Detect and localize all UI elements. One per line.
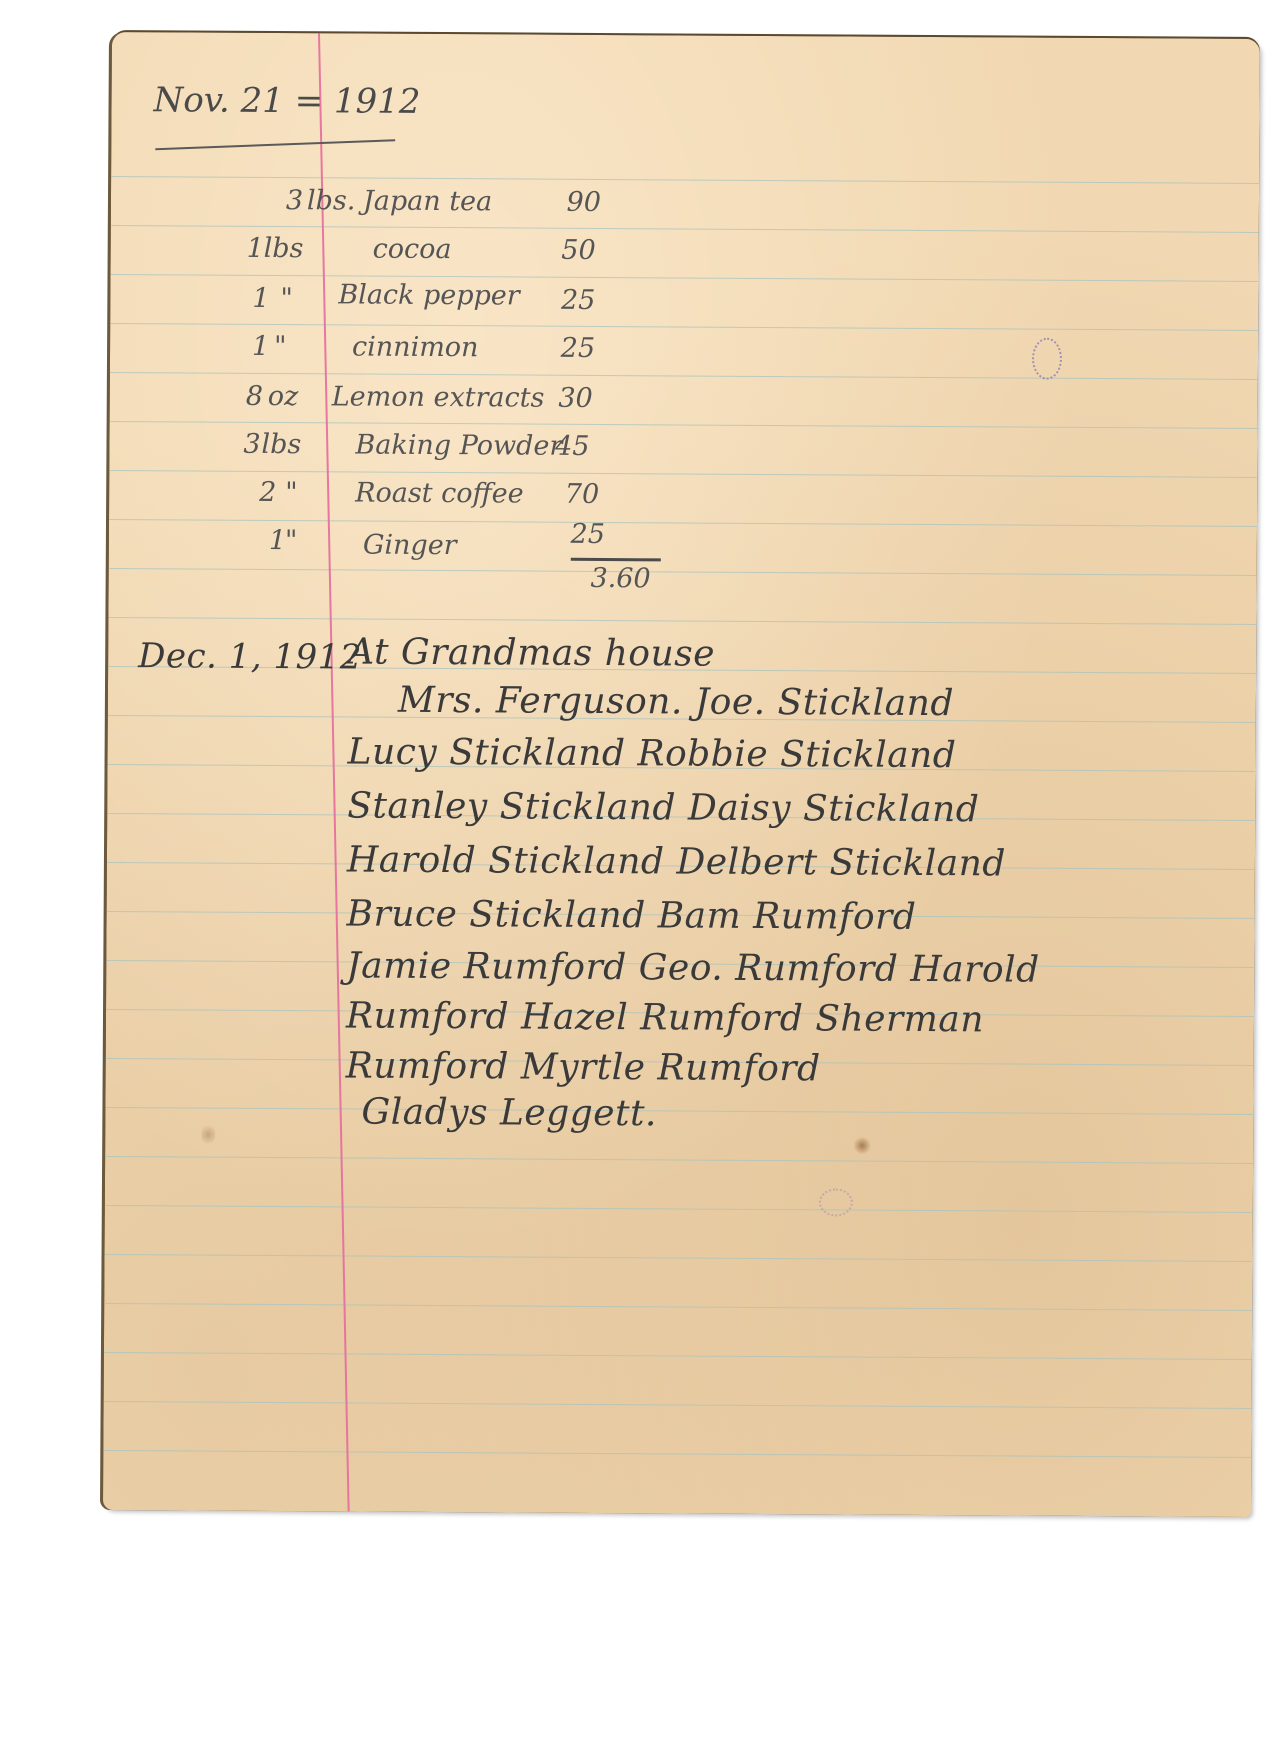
item-qty: 8 xyxy=(246,381,263,412)
item-name: Black pepper xyxy=(338,279,520,311)
attendee-line: Mrs. Ferguson. Joe. Stickland xyxy=(398,680,954,724)
attendee-line: Rumford Hazel Rumford Sherman xyxy=(346,995,984,1040)
attendee-list: Mrs. Ferguson. Joe. Stickland Lucy Stick… xyxy=(112,32,1260,39)
ruled-line xyxy=(104,1401,1252,1409)
list-item: 1 lbs cocoa 50 xyxy=(112,32,1260,39)
ruled-line xyxy=(111,274,1259,282)
attendee-line: Bruce Stickland Bam Rumford xyxy=(346,893,916,937)
item-unit: " xyxy=(285,525,298,556)
item-qty: 3 xyxy=(286,185,303,216)
item-name: Ginger xyxy=(363,530,457,562)
entry2-date: Dec. 1, 1912 xyxy=(138,636,362,677)
item-price: 25 xyxy=(525,519,605,550)
item-name: Roast coffee xyxy=(355,477,524,509)
attendee-line: Lucy Stickland Robbie Stickland xyxy=(347,731,956,776)
ruled-line xyxy=(109,470,1257,478)
item-name: Japan tea xyxy=(363,186,492,218)
list-item: 3 lbs. Japan tea 90 xyxy=(112,32,1260,39)
item-price: 50 xyxy=(516,234,596,265)
attendee-line: Harold Stickland Delbert Stickland xyxy=(347,839,1006,884)
item-price: 70 xyxy=(519,478,599,509)
notebook-page: Nov. 21 = 1912 3 lbs. Japan tea 90 1 lbs… xyxy=(103,32,1260,1517)
list-item: 8 oz Lemon extracts 30 xyxy=(112,32,1260,39)
ruled-line xyxy=(105,1205,1253,1213)
item-name: cocoa xyxy=(373,234,452,265)
item-price: 90 xyxy=(521,187,601,218)
item-qty: 3 xyxy=(243,429,260,460)
attendee-line: Rumford Myrtle Rumford xyxy=(346,1045,821,1089)
margin-line xyxy=(318,33,350,1511)
item-price: 30 xyxy=(513,382,593,413)
item-qty: 1 xyxy=(247,233,264,264)
list-item: 3 lbs Baking Powder 45 xyxy=(112,32,1260,39)
faint-pencil-mark xyxy=(819,1188,853,1216)
ruled-line xyxy=(105,1107,1253,1115)
entry2-heading: At Grandmas house xyxy=(348,631,715,674)
paper-stain xyxy=(853,1137,871,1155)
item-unit: lbs. xyxy=(307,185,356,216)
list-item: 1 " cinnimon 25 xyxy=(112,32,1260,39)
ruled-line xyxy=(105,1254,1253,1262)
ruled-line xyxy=(105,1156,1253,1164)
grocery-list: 3 lbs. Japan tea 90 1 lbs cocoa 50 1 " B… xyxy=(112,32,1260,39)
item-price: 25 xyxy=(515,284,595,315)
item-name: cinnimon xyxy=(352,331,479,363)
item-unit: " xyxy=(285,477,298,508)
item-unit: lbs xyxy=(264,233,304,264)
attendee-line: Stanley Stickland Daisy Stickland xyxy=(347,785,979,830)
item-qty: 1 xyxy=(269,525,286,556)
date-underline xyxy=(155,139,395,150)
ruled-line xyxy=(110,323,1258,331)
item-qty: 2 xyxy=(259,477,276,508)
ruled-line xyxy=(110,421,1258,429)
ruled-line xyxy=(104,1352,1252,1360)
item-price: 45 xyxy=(509,430,589,461)
item-unit: lbs xyxy=(261,429,301,460)
list-item: 1 " Ginger 25 xyxy=(112,32,1260,39)
ruled-line xyxy=(109,568,1257,576)
attendee-line: Gladys Leggett. xyxy=(361,1092,657,1135)
ruled-line xyxy=(111,176,1259,184)
list-total: 3.60 xyxy=(561,563,651,595)
ink-stamp-mark xyxy=(1032,338,1062,380)
item-unit: " xyxy=(274,331,287,362)
ruled-line xyxy=(104,1303,1252,1311)
total-rule xyxy=(571,558,661,562)
entry1-date: Nov. 21 = 1912 xyxy=(153,80,420,122)
ruled-line xyxy=(103,1450,1251,1458)
item-price: 25 xyxy=(515,332,595,363)
ruled-line xyxy=(108,617,1256,625)
item-qty: 1 xyxy=(252,331,269,362)
list-item: 2 " Roast coffee 70 xyxy=(112,32,1260,39)
item-unit: oz xyxy=(268,381,299,412)
paper-stain xyxy=(201,1123,215,1147)
attendee-line: Jamie Rumford Geo. Rumford Harold xyxy=(346,945,1040,990)
item-qty: 1 xyxy=(252,283,269,314)
ruled-line xyxy=(110,372,1258,380)
ruled-line xyxy=(111,225,1259,233)
item-unit: " xyxy=(280,283,293,314)
list-item: 1 " Black pepper 25 xyxy=(112,32,1260,39)
